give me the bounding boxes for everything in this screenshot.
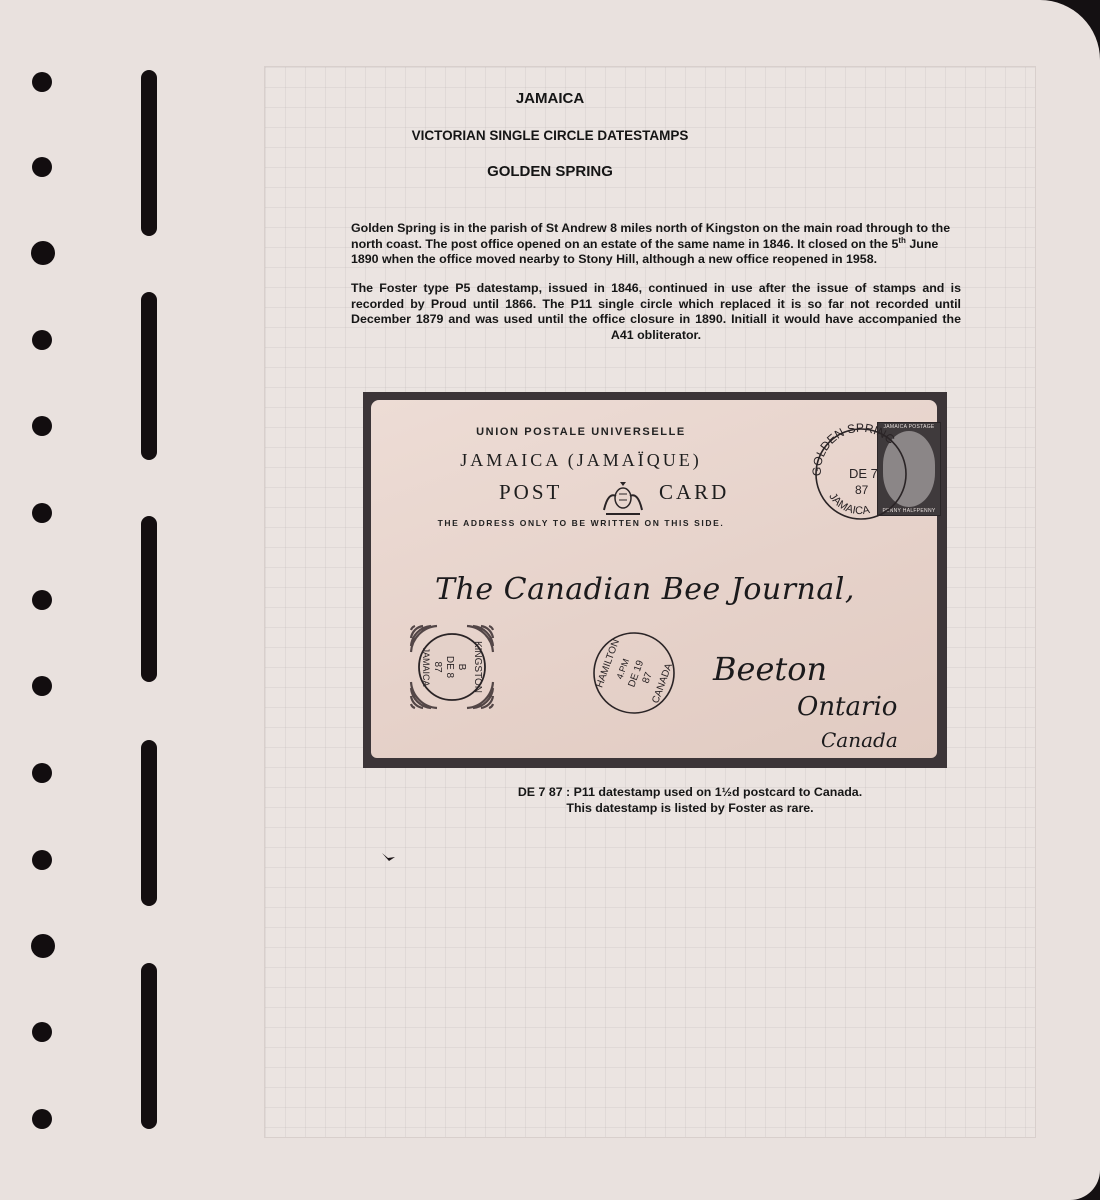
kingston-squared-circle-postmark: KINGSTON B DE 8 87 JAMAICA <box>407 622 497 712</box>
binder-hole <box>31 934 55 958</box>
postcard-title: JAMAICA (JAMAÏQUE) <box>371 450 791 471</box>
postcard-mount: UNION POSTALE UNIVERSELLE JAMAICA (JAMAÏ… <box>363 392 947 768</box>
svg-text:DE 7: DE 7 <box>849 466 878 481</box>
binder-hole <box>32 590 52 610</box>
postcard-card-word: CARD <box>659 480 729 505</box>
binder-slot <box>141 740 157 906</box>
binder-hole <box>32 416 52 436</box>
binder-hole <box>32 72 52 92</box>
page-subheading: VICTORIAN SINGLE CIRCLE DATESTAMPS <box>0 128 1100 143</box>
binder-hole <box>32 1109 52 1129</box>
binder-slot <box>141 292 157 460</box>
postcard-upu-text: UNION POSTALE UNIVERSELLE <box>371 426 791 438</box>
svg-text:DE 8: DE 8 <box>444 656 455 679</box>
postcard: UNION POSTALE UNIVERSELLE JAMAICA (JAMAÏ… <box>371 400 937 758</box>
golden-spring-postmark: GOLDEN SPRING DE 7 87 JAMAICA <box>803 416 913 526</box>
postcard-caption: DE 7 87 : P11 datestamp used on 1½d post… <box>440 785 940 816</box>
page-heading: JAMAICA <box>0 90 1100 107</box>
address-line-3: Ontario <box>797 692 897 722</box>
address-line-1: The Canadian Bee Journal, <box>435 572 855 607</box>
svg-text:87: 87 <box>432 661 443 673</box>
binder-hole <box>32 1022 52 1042</box>
binder-hole <box>32 850 52 870</box>
address-line-2: Beeton <box>713 650 827 688</box>
postcard-address-note: THE ADDRESS ONLY TO BE WRITTEN ON THIS S… <box>371 518 791 528</box>
svg-text:87: 87 <box>641 670 655 685</box>
binder-hole <box>32 503 52 523</box>
binder-slot <box>141 963 157 1129</box>
svg-text:JAMAICA: JAMAICA <box>421 647 431 686</box>
svg-text:CANADA: CANADA <box>650 662 675 705</box>
royal-crest-icon <box>598 480 648 518</box>
binder-hole <box>32 676 52 696</box>
album-page: JAMAICA VICTORIAN SINGLE CIRCLE DATESTAM… <box>0 0 1100 1200</box>
hamilton-postmark: HAMILTON 4.PM DE 19 87 CANADA <box>589 628 679 718</box>
binder-hole <box>31 241 55 265</box>
svg-text:KINGSTON: KINGSTON <box>472 641 483 693</box>
binder-hole <box>32 763 52 783</box>
address-line-4: Canada <box>821 728 898 752</box>
binder-hole <box>32 330 52 350</box>
postcard-post-word: POST <box>499 480 562 505</box>
svg-text:HAMILTON: HAMILTON <box>594 638 622 689</box>
history-paragraph: Golden Spring is in the parish of St And… <box>351 221 961 268</box>
datestamp-paragraph: The Foster type P5 datestamp, issued in … <box>351 281 961 343</box>
svg-text:87: 87 <box>855 483 869 497</box>
binder-slot <box>141 516 157 682</box>
page-location-title: GOLDEN SPRING <box>0 163 1100 180</box>
svg-text:B: B <box>456 664 467 671</box>
stray-mark-icon <box>382 853 396 861</box>
